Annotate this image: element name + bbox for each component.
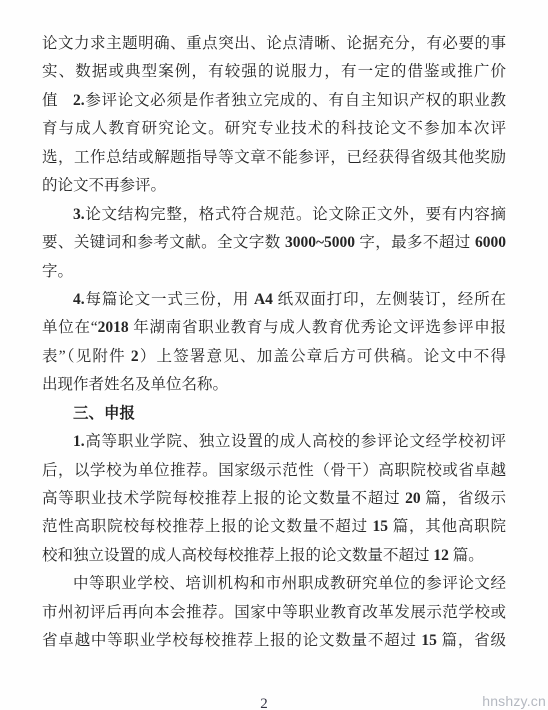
text-line: 出现作者姓名及单位名称。 [42, 371, 506, 399]
page-number: 2 [252, 696, 276, 710]
watermark: hnshzy.cn [482, 693, 546, 709]
text-line: 字。 [42, 258, 506, 286]
text-line: 高等职业技术学院每校推荐上报的论文数量不超过 20 篇，省级示 [42, 485, 506, 513]
text-line: 中等职业学校、培训机构和市州职成教研究单位的参评论文经 [42, 570, 506, 598]
text-line: 省卓越中等职业学校每校推荐上报的论文数量不超过 15 篇，省级 [42, 627, 506, 655]
text-line: 2.参评论文必须是作者独立完成的、有自主知识产权的职业教 [42, 87, 506, 115]
text-line: 范性高职院校每校推荐上报的论文数量不超过 15 篇，其他高职院 [42, 513, 506, 541]
text-line: 选，工作总结或解题指导等文章不能参评，已经获得省级其他奖励 [42, 144, 506, 172]
text-line: 1.高等职业学院、独立设置的成人高校的参评论文经学校初评 [42, 428, 506, 456]
text-line: 表”（见附件 2）上签署意见、加盖公章后方可供稿。论文中不得 [42, 343, 506, 371]
text-line: 后，以学校为单位推荐。国家级示范性（骨干）高职院校或省卓越 [42, 457, 506, 485]
text-line: 论文力求主题明确、重点突出、论点清晰、论据充分，有必要的事 [42, 30, 506, 58]
text-line: 校和独立设置的成人高校每校推荐上报的论文数量不超过 12 篇。 [42, 542, 506, 570]
document-text: 论文力求主题明确、重点突出、论点清晰、论据充分，有必要的事实、数据或典型案例，有… [42, 30, 506, 656]
section-heading: 三、申报 [42, 400, 506, 428]
text-line: 实、数据或典型案例，有较强的说服力，有一定的借鉴或推广价值。 [42, 58, 506, 86]
text-line: 4.每篇论文一式三份，用 A4 纸双面打印，左侧装订，经所在 [42, 286, 506, 314]
text-line: 要、关键词和参考文献。全文字数 3000~5000 字，最多不超过 6000 [42, 229, 506, 257]
text-line: 育与成人教育研究论文。研究专业技术的科技论文不参加本次评 [42, 115, 506, 143]
text-line: 3.论文结构完整，格式符合规范。论文除正文外，要有内容摘 [42, 201, 506, 229]
document-page: 论文力求主题明确、重点突出、论点清晰、论据充分，有必要的事实、数据或典型案例，有… [0, 0, 548, 710]
text-line: 市州初评后再向本会推荐。国家中等职业教育改革发展示范学校或 [42, 599, 506, 627]
text-line: 单位在“2018 年湖南省职业教育与成人教育优秀论文评选参评申报 [42, 314, 506, 342]
text-line: 的论文不再参评。 [42, 172, 506, 200]
